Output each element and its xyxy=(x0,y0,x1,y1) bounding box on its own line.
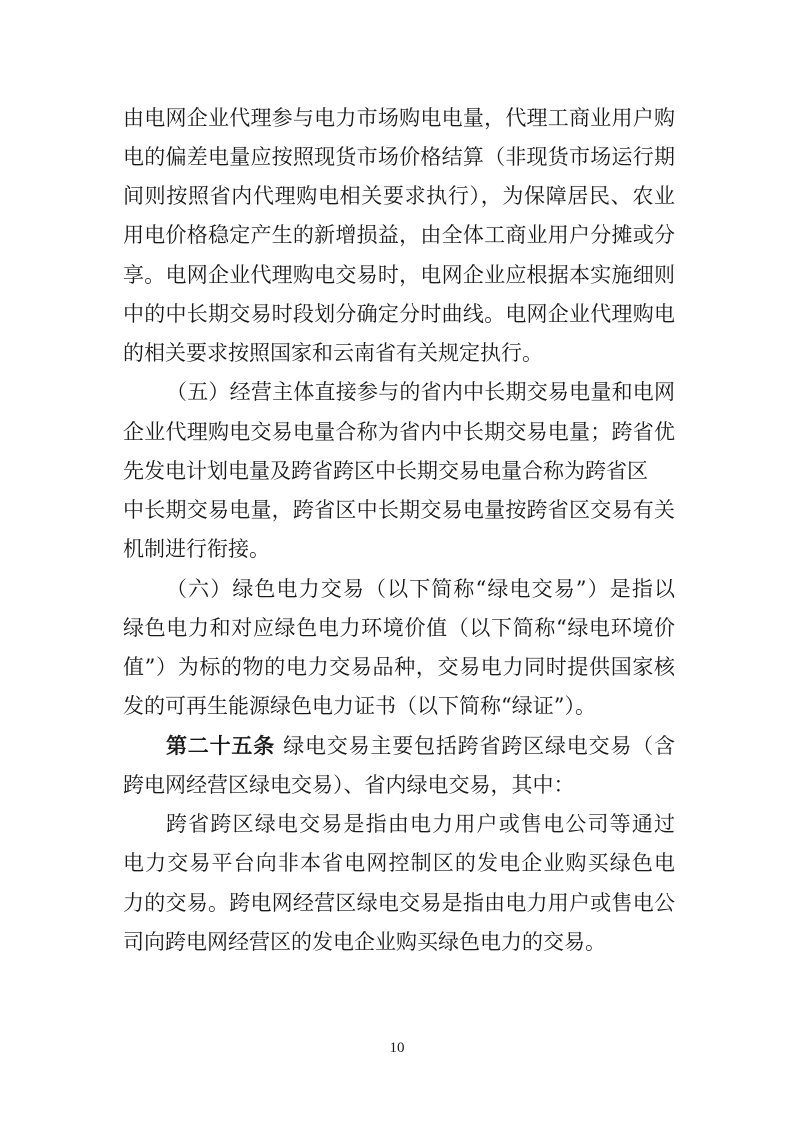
text-line: 机制进行衔接。 xyxy=(123,534,675,564)
text-line: 企业代理购电交易电量合称为省内中长期交易电量；跨省优 xyxy=(123,417,675,447)
text-line: 由电网企业代理参与电力市场购电电量，代理工商业用户购 xyxy=(123,103,675,133)
page-number: 10 xyxy=(377,1040,417,1057)
article-text: 绿电交易主要包括跨省跨区绿电交易（含 xyxy=(283,734,675,758)
text-line: 绿色电力和对应绿色电力环境价值（以下简称“绿电环境价 xyxy=(123,613,675,643)
text-line: 先发电计划电量及跨省跨区中长期交易电量合称为跨省区 xyxy=(123,456,675,486)
text-line: 享。电网企业代理购电交易时，电网企业应根据本实施细则 xyxy=(123,260,675,290)
text-line: 中的中长期交易时段划分确定分时曲线。电网企业代理购电 xyxy=(123,299,675,329)
text-line: 值”）为标的物的电力交易品种，交易电力同时提供国家核 xyxy=(123,652,675,682)
text-line: 电力交易平台向非本省电网控制区的发电企业购买绿色电 xyxy=(123,848,675,878)
paragraph-6-start: （六）绿色电力交易（以下简称“绿电交易”）是指以 xyxy=(166,574,675,604)
article-25-start: 第二十五条 绿电交易主要包括跨省跨区绿电交易（含 xyxy=(166,731,675,761)
text-line: 跨电网经营区绿电交易）、省内绿电交易，其中： xyxy=(123,770,675,800)
text-line: 电的偏差电量应按照现货市场价格结算（非现货市场运行期 xyxy=(123,142,675,172)
text-line: 用电价格稳定产生的新增损益，由全体工商业用户分摊或分 xyxy=(123,220,675,250)
text-line: 的相关要求按照国家和云南省有关规定执行。 xyxy=(123,338,675,368)
text-line: 中长期交易电量，跨省区中长期交易电量按跨省区交易有关 xyxy=(123,495,675,525)
text-line: 司向跨电网经营区的发电企业购买绿色电力的交易。 xyxy=(123,927,675,957)
text-line: 发的可再生能源绿色电力证书（以下简称“绿证”）。 xyxy=(123,691,675,721)
paragraph-5-start: （五）经营主体直接参与的省内中长期交易电量和电网 xyxy=(166,377,675,407)
text-line: 间则按照省内代理购电相关要求执行），为保障居民、农业 xyxy=(123,181,675,211)
text-line: 力的交易。跨电网经营区绿电交易是指由电力用户或售电公 xyxy=(123,888,675,918)
article-number: 第二十五条 xyxy=(166,733,283,758)
paragraph-cross-province-start: 跨省跨区绿电交易是指由电力用户或售电公司等通过 xyxy=(166,809,675,839)
document-page: 由电网企业代理参与电力市场购电电量，代理工商业用户购 电的偏差电量应按照现货市场… xyxy=(0,0,794,1123)
